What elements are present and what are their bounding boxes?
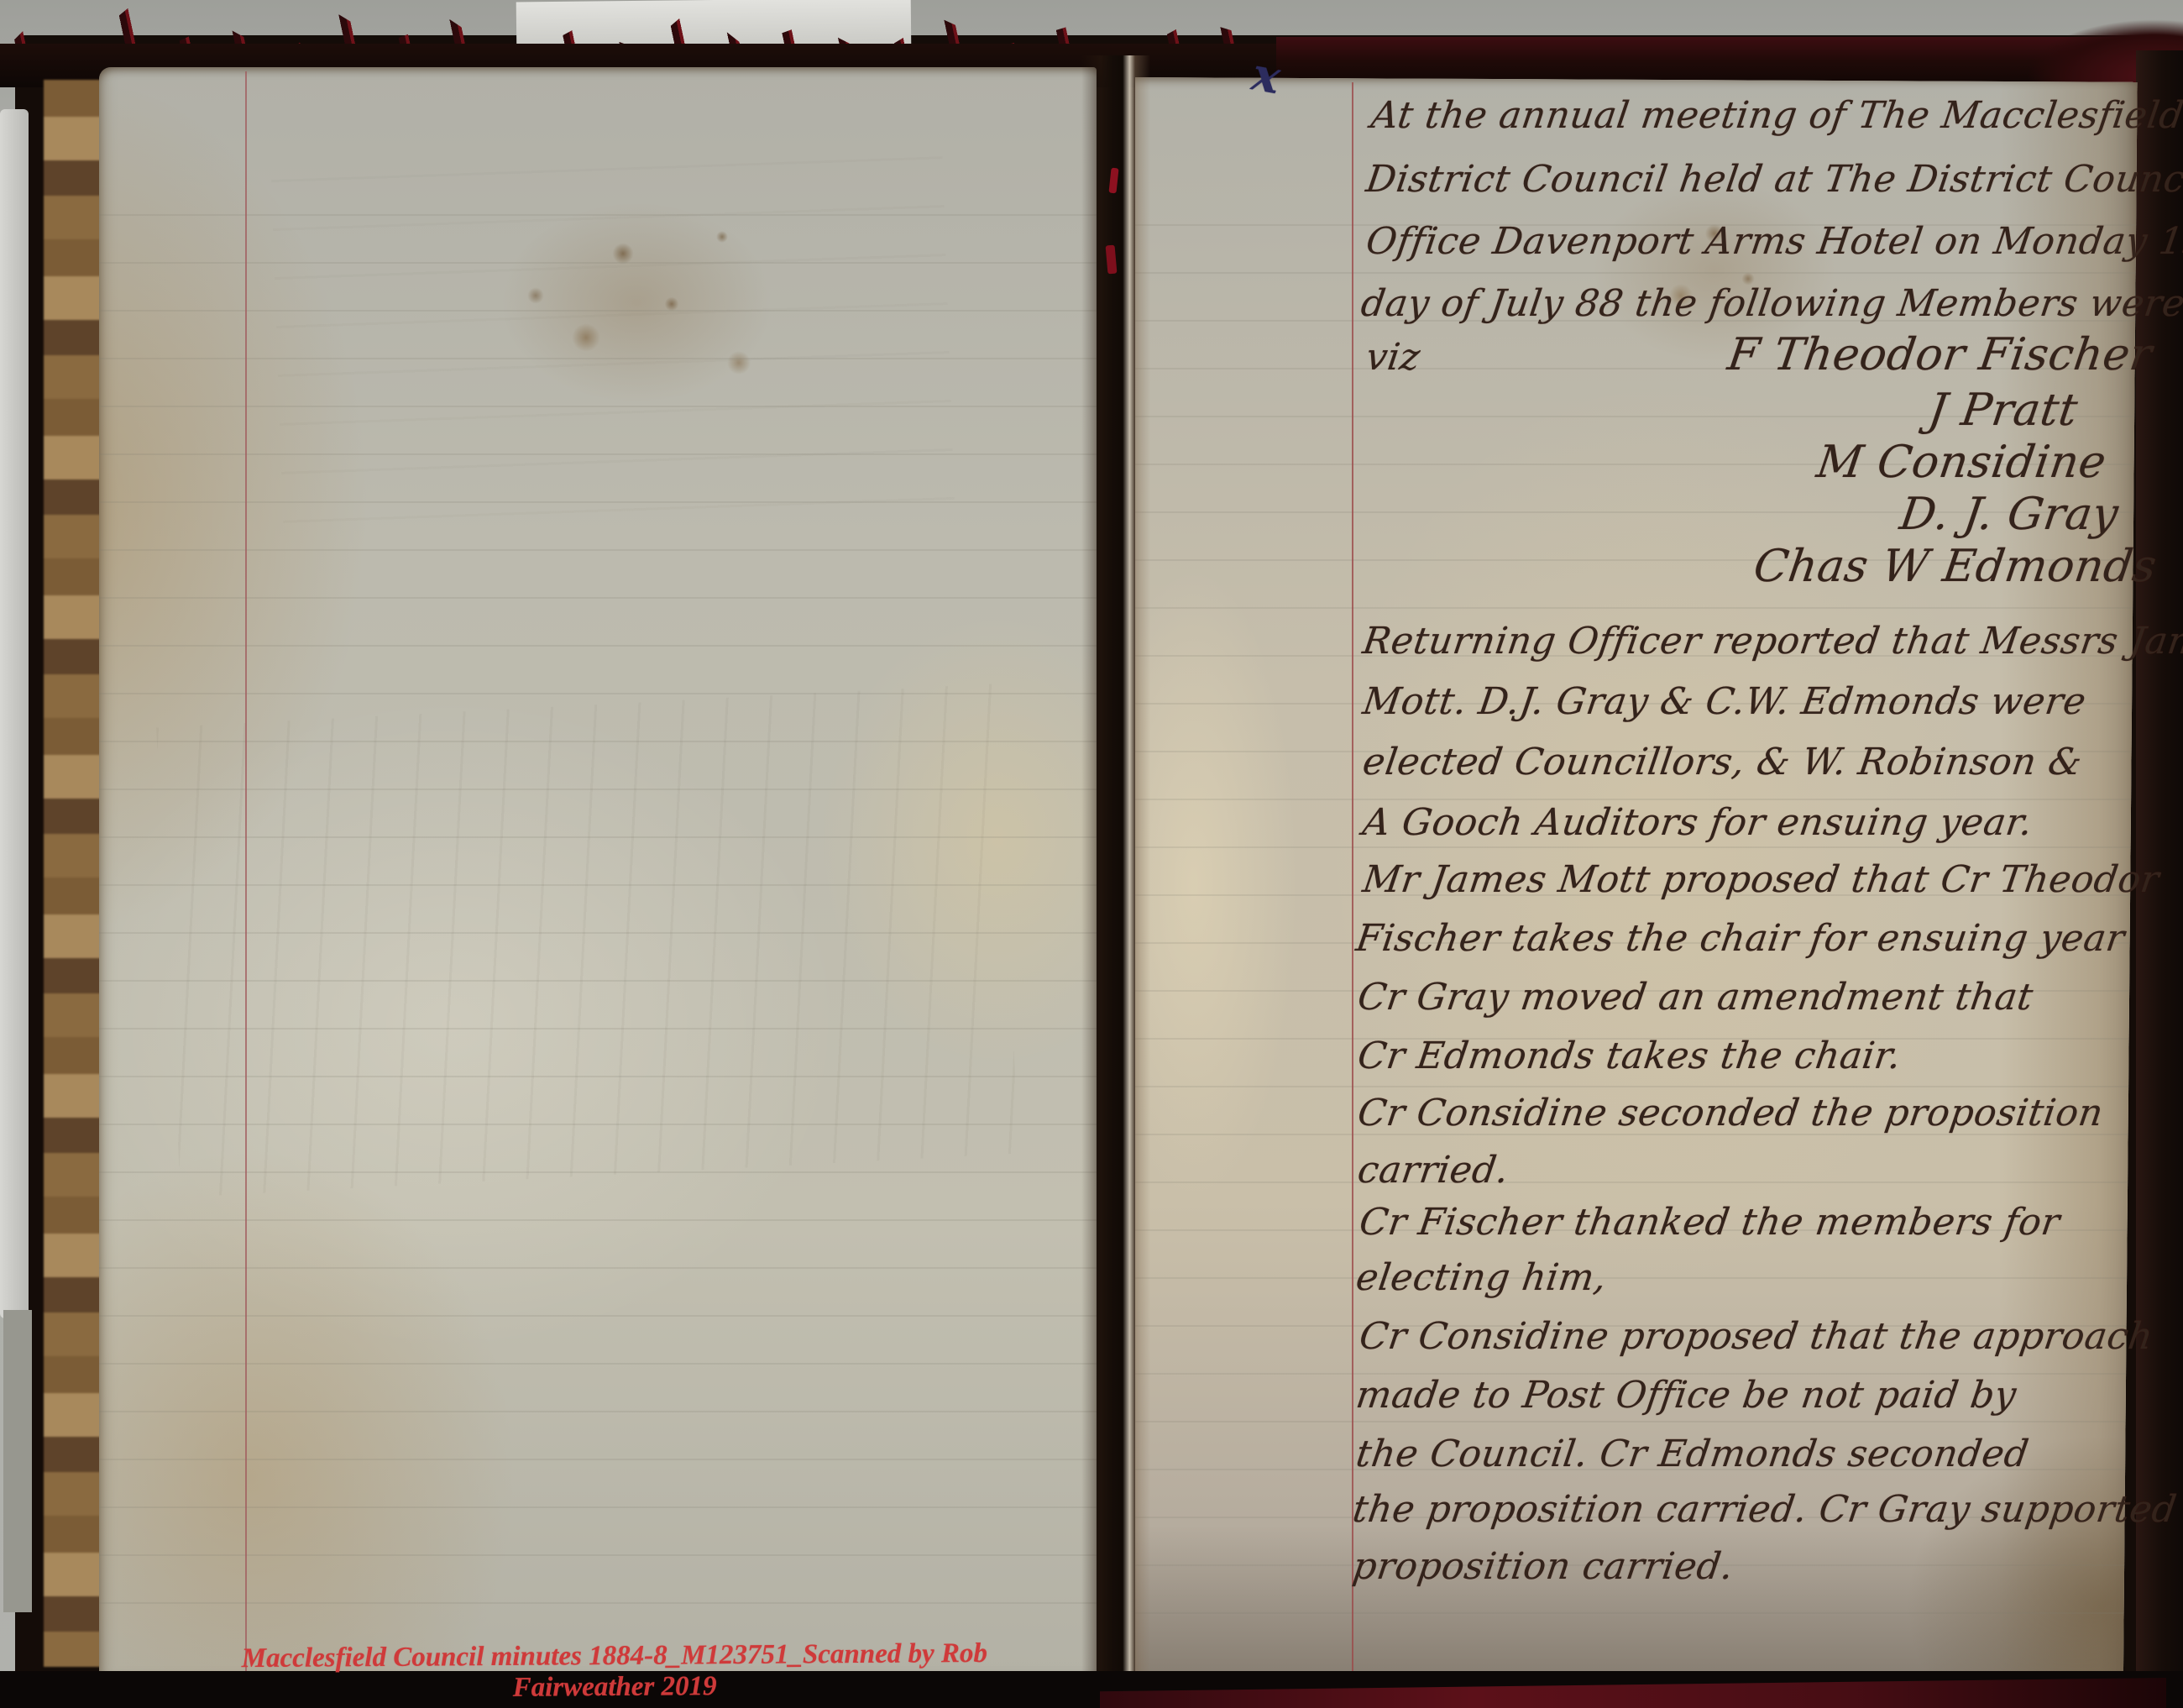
handwritten-line: Cr Considine proposed that the approach bbox=[1357, 1315, 2155, 1358]
member-signature: M Considine bbox=[1814, 437, 2109, 488]
handwritten-line: the proposition carried. Cr Gray support… bbox=[1350, 1488, 2183, 1531]
handwritten-line: At the annual meeting of The Macclesfiel… bbox=[1369, 94, 2183, 137]
member-signature: F Theodor Fischer bbox=[1725, 329, 2155, 380]
page-edge-sliver-left-lower bbox=[3, 1310, 32, 1612]
handwritten-line: Cr Gray moved an amendment that bbox=[1355, 976, 2036, 1019]
handwritten-line: Mr James Mott proposed that Cr Theodor bbox=[1360, 858, 2162, 901]
member-signature: D. J. Gray bbox=[1897, 489, 2122, 540]
handwritten-line: Fischer takes the chair for ensuing year bbox=[1353, 917, 2128, 960]
handwritten-line: made to Post Office be not paid by bbox=[1353, 1374, 2019, 1417]
handwritten-line: viz bbox=[1364, 336, 1423, 379]
handwritten-line: Mott. D.J. Gray & C.W. Edmonds were bbox=[1360, 680, 2089, 723]
handwritten-line: Cr Considine seconded the proposition bbox=[1355, 1092, 2106, 1134]
handwritten-line: day of July 88 the following Members wer… bbox=[1358, 282, 2183, 325]
margin-rule-left-page bbox=[245, 71, 247, 1671]
book-gutter bbox=[1081, 55, 1150, 1691]
handwritten-line: electing him, bbox=[1353, 1256, 1610, 1299]
handwritten-line: Office Davenport Arms Hotel on Monday 13… bbox=[1364, 220, 2183, 263]
handwritten-line: A Gooch Auditors for ensuing year. bbox=[1360, 801, 2035, 844]
handwritten-line: proposition carried. bbox=[1350, 1545, 1736, 1588]
ink-bleedthrough bbox=[156, 684, 1019, 1197]
page-edge-sliver-left bbox=[0, 109, 29, 1318]
ink-bleedthrough-upper bbox=[271, 156, 955, 532]
handwritten-line: Cr Edmonds takes the chair. bbox=[1355, 1035, 1904, 1077]
handwritten-line: elected Councillors, & W. Robinson & bbox=[1360, 741, 2085, 783]
handwritten-line: the Council. Cr Edmonds seconded bbox=[1353, 1433, 2032, 1475]
scanned-minute-book-photo: { "photo": { "caption": "Macclesfield Co… bbox=[0, 0, 2183, 1708]
handwritten-line: District Council held at The District Co… bbox=[1364, 158, 2183, 201]
member-signature: J Pratt bbox=[1925, 385, 2081, 436]
handwritten-line: Cr Fischer thanked the members for bbox=[1357, 1201, 2063, 1244]
scan-caption: Macclesfield Council minutes 1884-8_M123… bbox=[178, 1637, 1051, 1705]
margin-rule-right-page bbox=[1352, 82, 1353, 1678]
member-signature: Chas W Edmonds bbox=[1751, 541, 2159, 592]
handwritten-line: Returning Officer reported that Messrs J… bbox=[1360, 620, 2183, 663]
handwritten-line: carried. bbox=[1355, 1149, 1511, 1192]
